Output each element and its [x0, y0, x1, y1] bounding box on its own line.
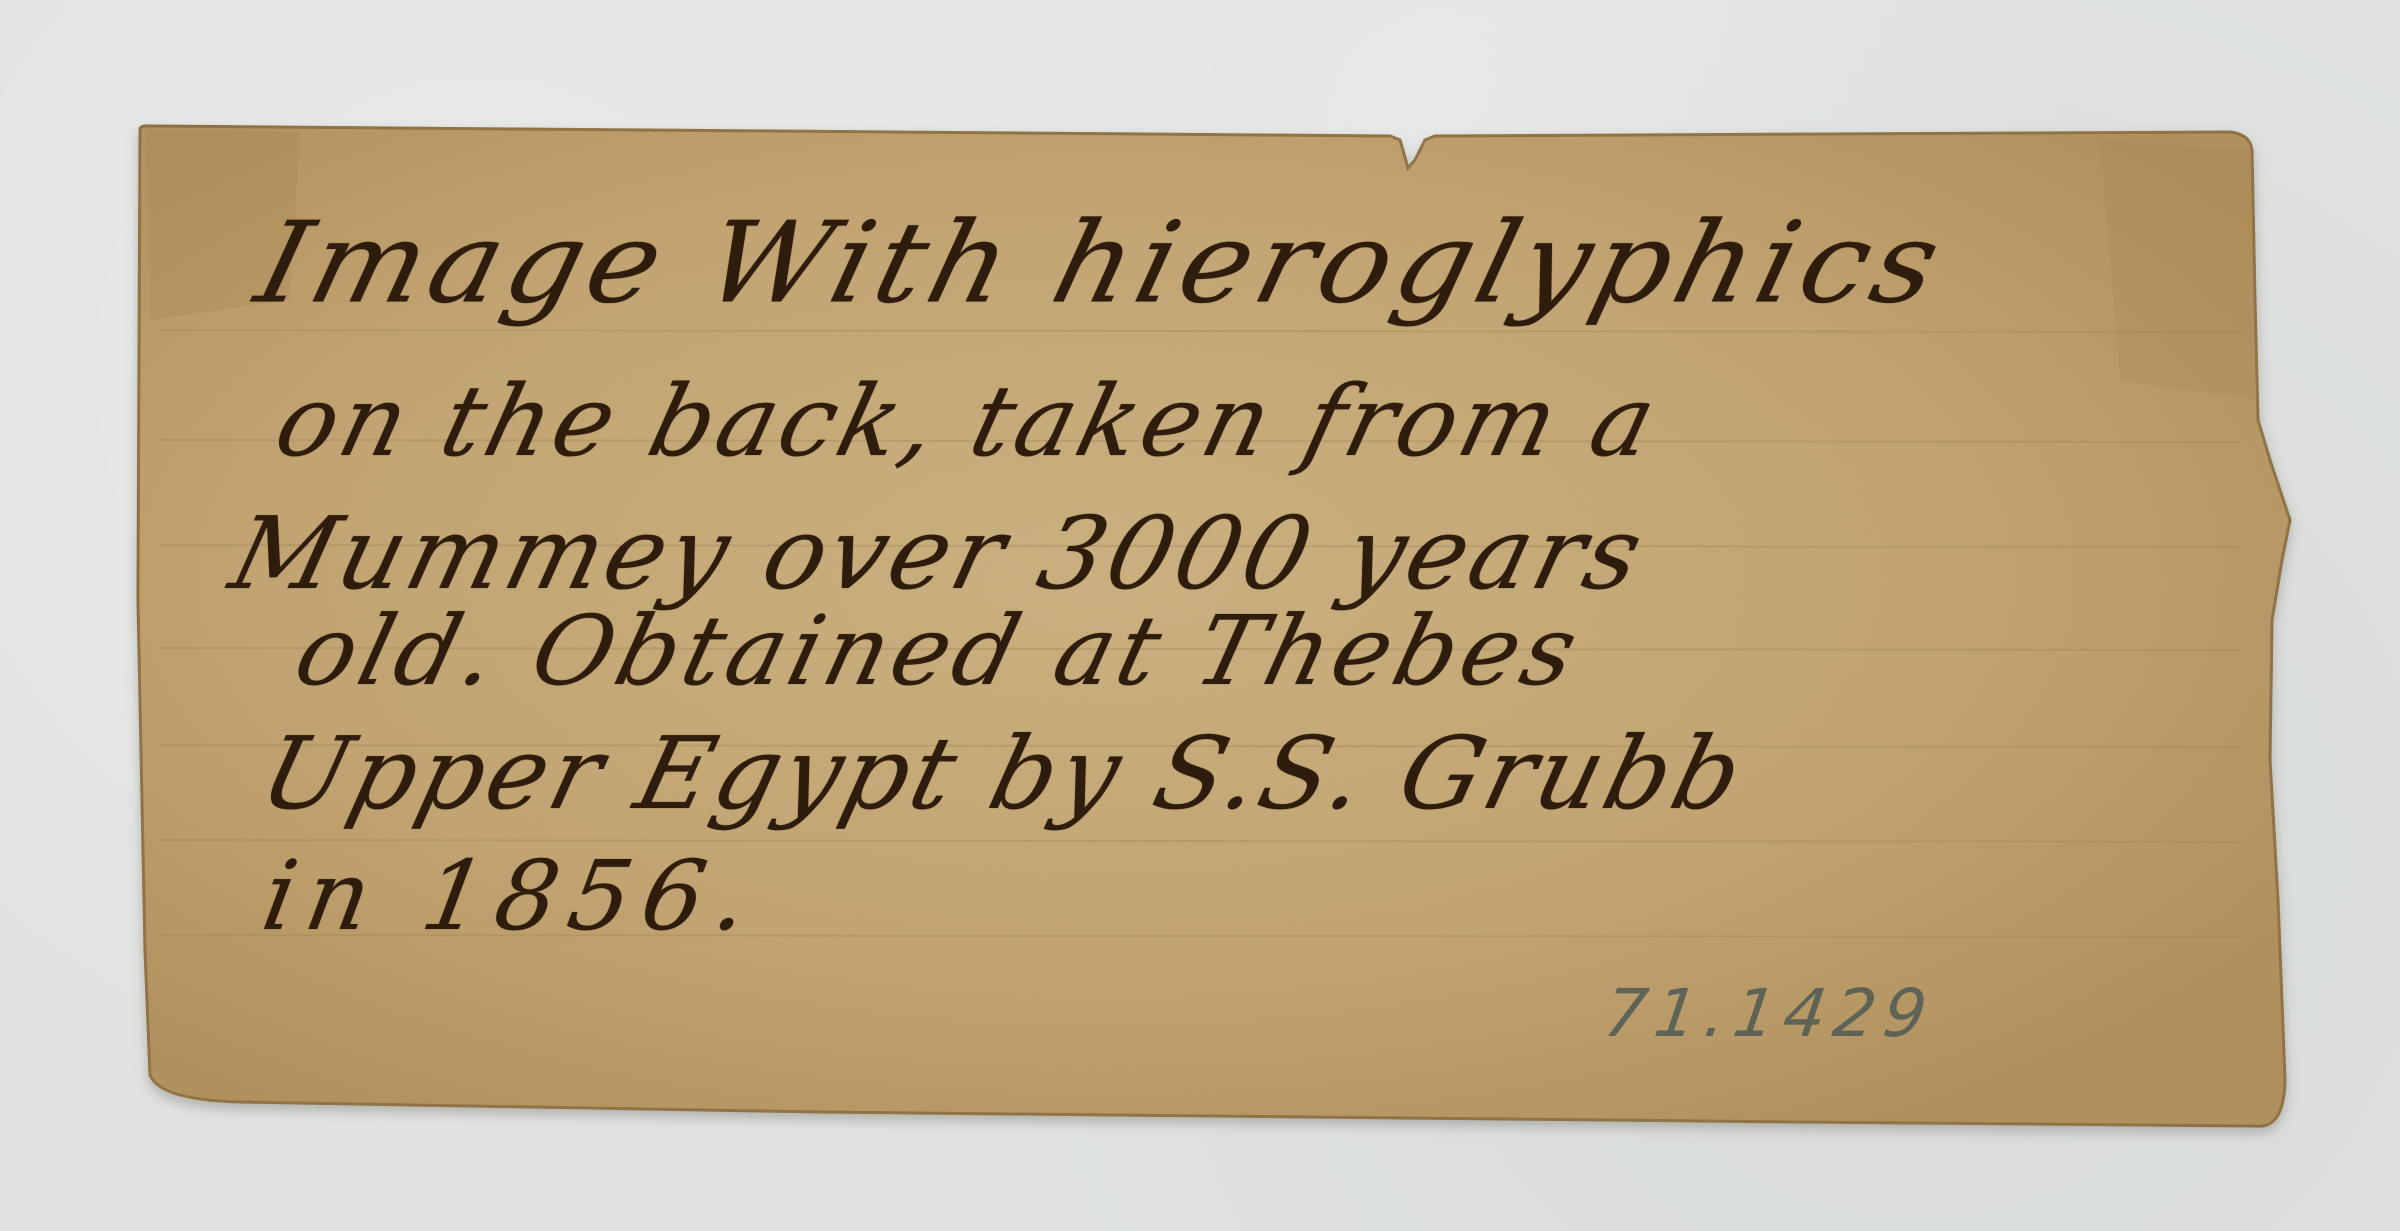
- handwritten-line-4: old. Obtained at Thebes: [285, 595, 1593, 707]
- paper-label: Image With hieroglyphics on the back, ta…: [0, 0, 2400, 1231]
- catalog-number: 71.1429: [1600, 975, 1940, 1052]
- handwritten-line-5: Upper Egypt by S.S. Grubb: [250, 715, 1757, 832]
- handwritten-line-1: Image With hieroglyphics: [245, 197, 1958, 328]
- handwritten-line-6: in 1856.: [255, 840, 769, 952]
- handwritten-line-2: on the back, taken from a: [265, 365, 1670, 479]
